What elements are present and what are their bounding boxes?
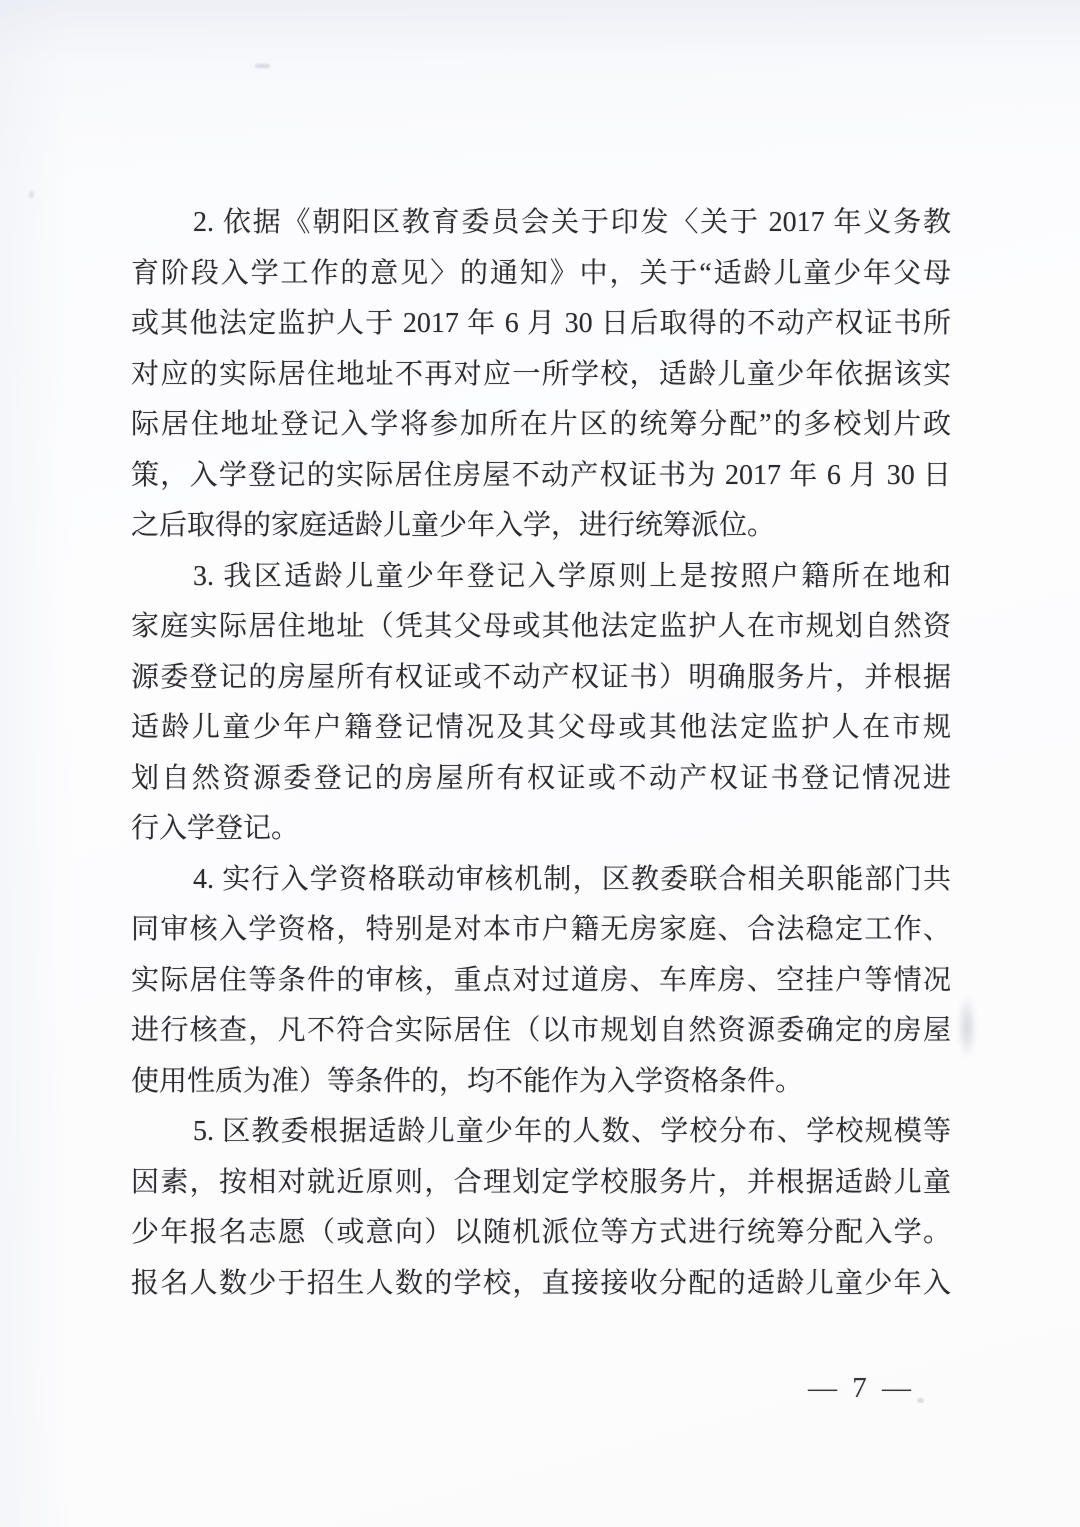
paragraph-line: 之后取得的家庭适龄儿童少年入学，进行统筹派位。 <box>131 501 951 552</box>
paragraph-line: 4. 实行入学资格联动审核机制，区教委联合相关职能部门共 <box>131 855 951 906</box>
scanned-document: { "page": { "background_color": "#fcfcfd… <box>0 0 1080 1527</box>
paragraph-line: 2. 依据《朝阳区教育委员会关于印发〈关于 2017 年义务教 <box>131 198 951 249</box>
paragraph-line: 划自然资源委登记的房屋所有权证或不动产权证书登记情况进 <box>131 754 951 805</box>
paragraph-line: 报名人数少于招生人数的学校，直接接收分配的适龄儿童少年入 <box>131 1259 951 1310</box>
paragraph-line: 际居住地址登记入学将参加所在片区的统筹分配”的多校划片政 <box>131 400 951 451</box>
paragraph-5: 5. 区教委根据适龄儿童少年的人数、学校分布、学校规模等因素，按相对就近原则，合… <box>131 1107 951 1309</box>
scan-artifact-smudge <box>957 995 977 1059</box>
scan-left-tint <box>0 0 70 1527</box>
paragraph-4: 4. 实行入学资格联动审核机制，区教委联合相关职能部门共同审核入学资格，特别是对… <box>131 855 951 1108</box>
paragraph-line: 5. 区教委根据适龄儿童少年的人数、学校分布、学校规模等 <box>131 1107 951 1158</box>
paragraph-line: 对应的实际居住地址不再对应一所学校，适龄儿童少年依据该实 <box>131 350 951 401</box>
page-number: — 7 — <box>808 1372 915 1405</box>
paragraph-line: 育阶段入学工作的意见〉的通知》中，关于“适龄儿童少年父母 <box>131 249 951 300</box>
paragraph-line: 实际居住等条件的审核，重点对过道房、车库房、空挂户等情况 <box>131 956 951 1007</box>
paragraph-line: 家庭实际居住地址（凭其父母或其他法定监护人在市规划自然资 <box>131 602 951 653</box>
document-body: 2. 依据《朝阳区教育委员会关于印发〈关于 2017 年义务教育阶段入学工作的意… <box>131 198 951 1309</box>
document-page: 2. 依据《朝阳区教育委员会关于印发〈关于 2017 年义务教育阶段入学工作的意… <box>0 0 1080 1527</box>
paragraph-2: 2. 依据《朝阳区教育委员会关于印发〈关于 2017 年义务教育阶段入学工作的意… <box>131 198 951 552</box>
paragraph-line: 进行核查，凡不符合实际居住（以市规划自然资源委确定的房屋 <box>131 1006 951 1057</box>
paragraph-line: 策，入学登记的实际居住房屋不动产权证书为 2017 年 6 月 30 日 <box>131 451 951 502</box>
paragraph-line: 使用性质为准）等条件的，均不能作为入学资格条件。 <box>131 1057 951 1108</box>
paragraph-line: 或其他法定监护人于 2017 年 6 月 30 日后取得的不动产权证书所 <box>131 299 951 350</box>
paragraph-line: 3. 我区适龄儿童少年登记入学原则上是按照户籍所在地和 <box>131 552 951 603</box>
scan-top-tint <box>0 0 1080 175</box>
paragraph-line: 同审核入学资格，特别是对本市户籍无房家庭、合法稳定工作、 <box>131 905 951 956</box>
paragraph-line: 因素，按相对就近原则，合理划定学校服务片，并根据适龄儿童 <box>131 1158 951 1209</box>
paragraph-line: 源委登记的房屋所有权证或不动产权证书）明确服务片，并根据 <box>131 653 951 704</box>
paragraph-line: 适龄儿童少年户籍登记情况及其父母或其他法定监护人在市规 <box>131 703 951 754</box>
paragraph-line: 少年报名志愿（或意向）以随机派位等方式进行统筹分配入学。 <box>131 1208 951 1259</box>
scan-artifact-dot <box>917 1398 924 1403</box>
paragraph-line: 行入学登记。 <box>131 804 951 855</box>
scan-artifact-corner-mark <box>27 189 36 200</box>
paragraph-3: 3. 我区适龄儿童少年登记入学原则上是按照户籍所在地和家庭实际居住地址（凭其父母… <box>131 552 951 855</box>
scan-artifact-dash <box>255 64 270 68</box>
